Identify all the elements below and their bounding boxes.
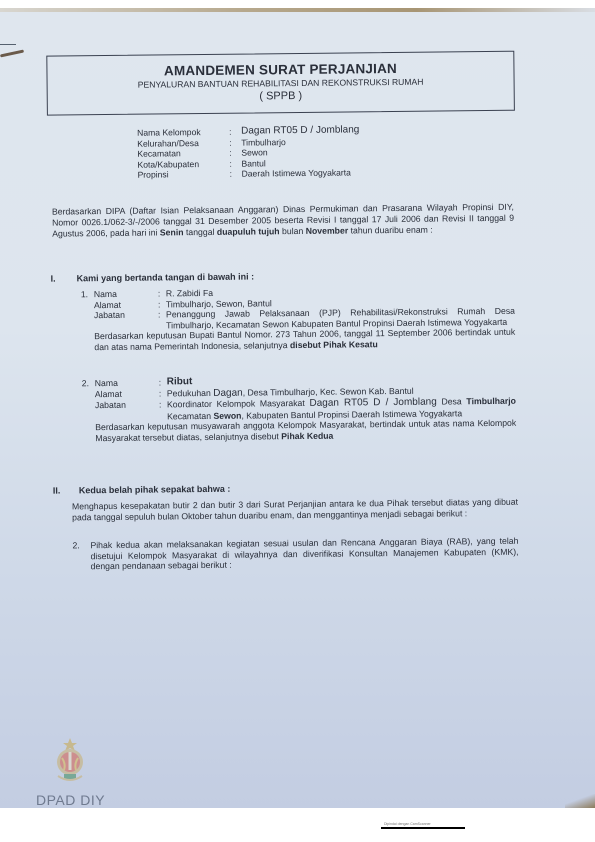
section-2-paragraph: Menghapus kesepakatan butir 2 dan butir … bbox=[72, 497, 518, 524]
document-code: ( SPPB ) bbox=[48, 88, 514, 105]
party-2-basis: Berdasarkan keputusan musyawarah anggota… bbox=[82, 418, 516, 444]
party-2: 2.Nama:Ribut Alamat:Pedukuhan Dagan, Des… bbox=[82, 374, 517, 444]
intro-paragraph: Berdasarkan DIPA (Daftar Isian Pelaksana… bbox=[52, 202, 514, 240]
title-box: AMANDEMEN SURAT PERJANJIAN PENYALURAN BA… bbox=[46, 51, 515, 116]
group-info: Nama Kelompok: Dagan RT05 D / Jomblang K… bbox=[137, 125, 360, 180]
party-1-basis: Berdasarkan keputusan Bupati Bantul Nomo… bbox=[81, 327, 515, 353]
section-2-item: 2.Pihak kedua akan melaksanakan kegiatan… bbox=[72, 536, 518, 572]
info-row: Propinsi: Daerah Istimewa Yogyakarta bbox=[137, 167, 359, 180]
dpad-diy-emblem-icon bbox=[50, 738, 90, 786]
document-page: AMANDEMEN SURAT PERJANJIAN PENYALURAN BA… bbox=[0, 8, 595, 808]
footer-text: Dipindai dengan CamScanner bbox=[384, 822, 431, 826]
footer-bar bbox=[381, 827, 465, 829]
party-1: 1.Nama:R. Zabidi Fa Alamat:Timbulharjo, … bbox=[81, 285, 516, 353]
document-photo: AMANDEMEN SURAT PERJANJIAN PENYALURAN BA… bbox=[0, 8, 595, 808]
section-1-heading: I.Kami yang bertanda tangan di bawah ini… bbox=[51, 271, 255, 283]
section-2-heading: II.Kedua belah pihak sepakat bahwa : bbox=[53, 484, 231, 496]
watermark-label: DPAD DIY bbox=[36, 792, 105, 808]
